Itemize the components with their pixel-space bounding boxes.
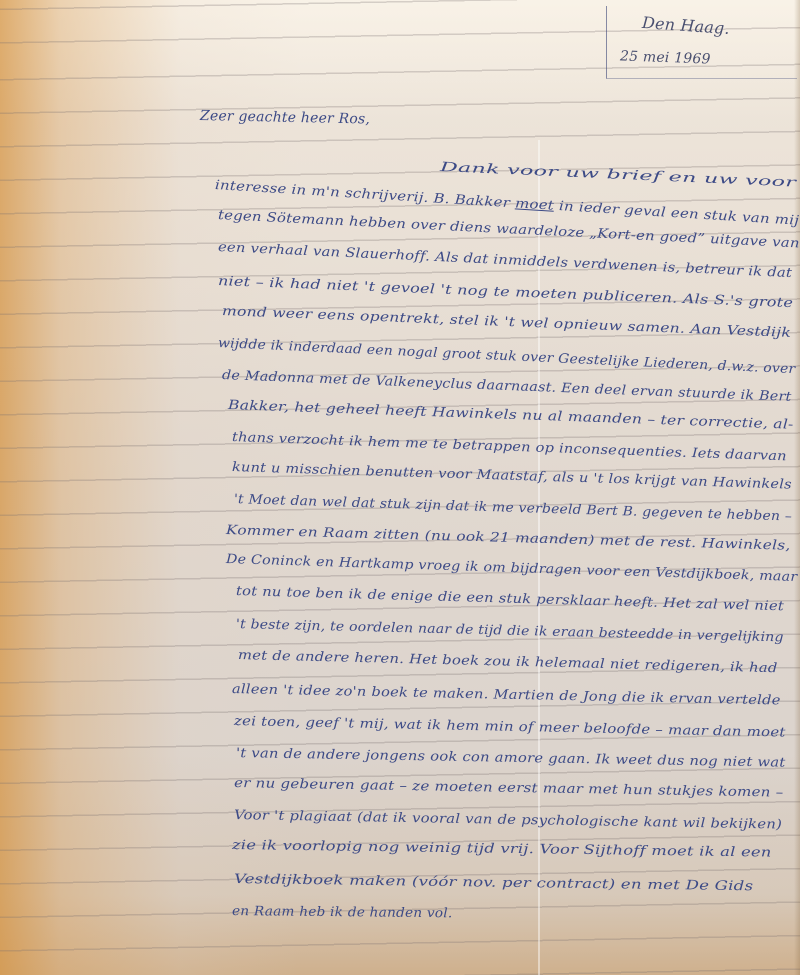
letter-date: 25 mei 1969 [620,48,711,67]
letter-line: en Raam heb ik de handen vol. [232,904,453,921]
paper-edge-shadow [794,0,800,975]
